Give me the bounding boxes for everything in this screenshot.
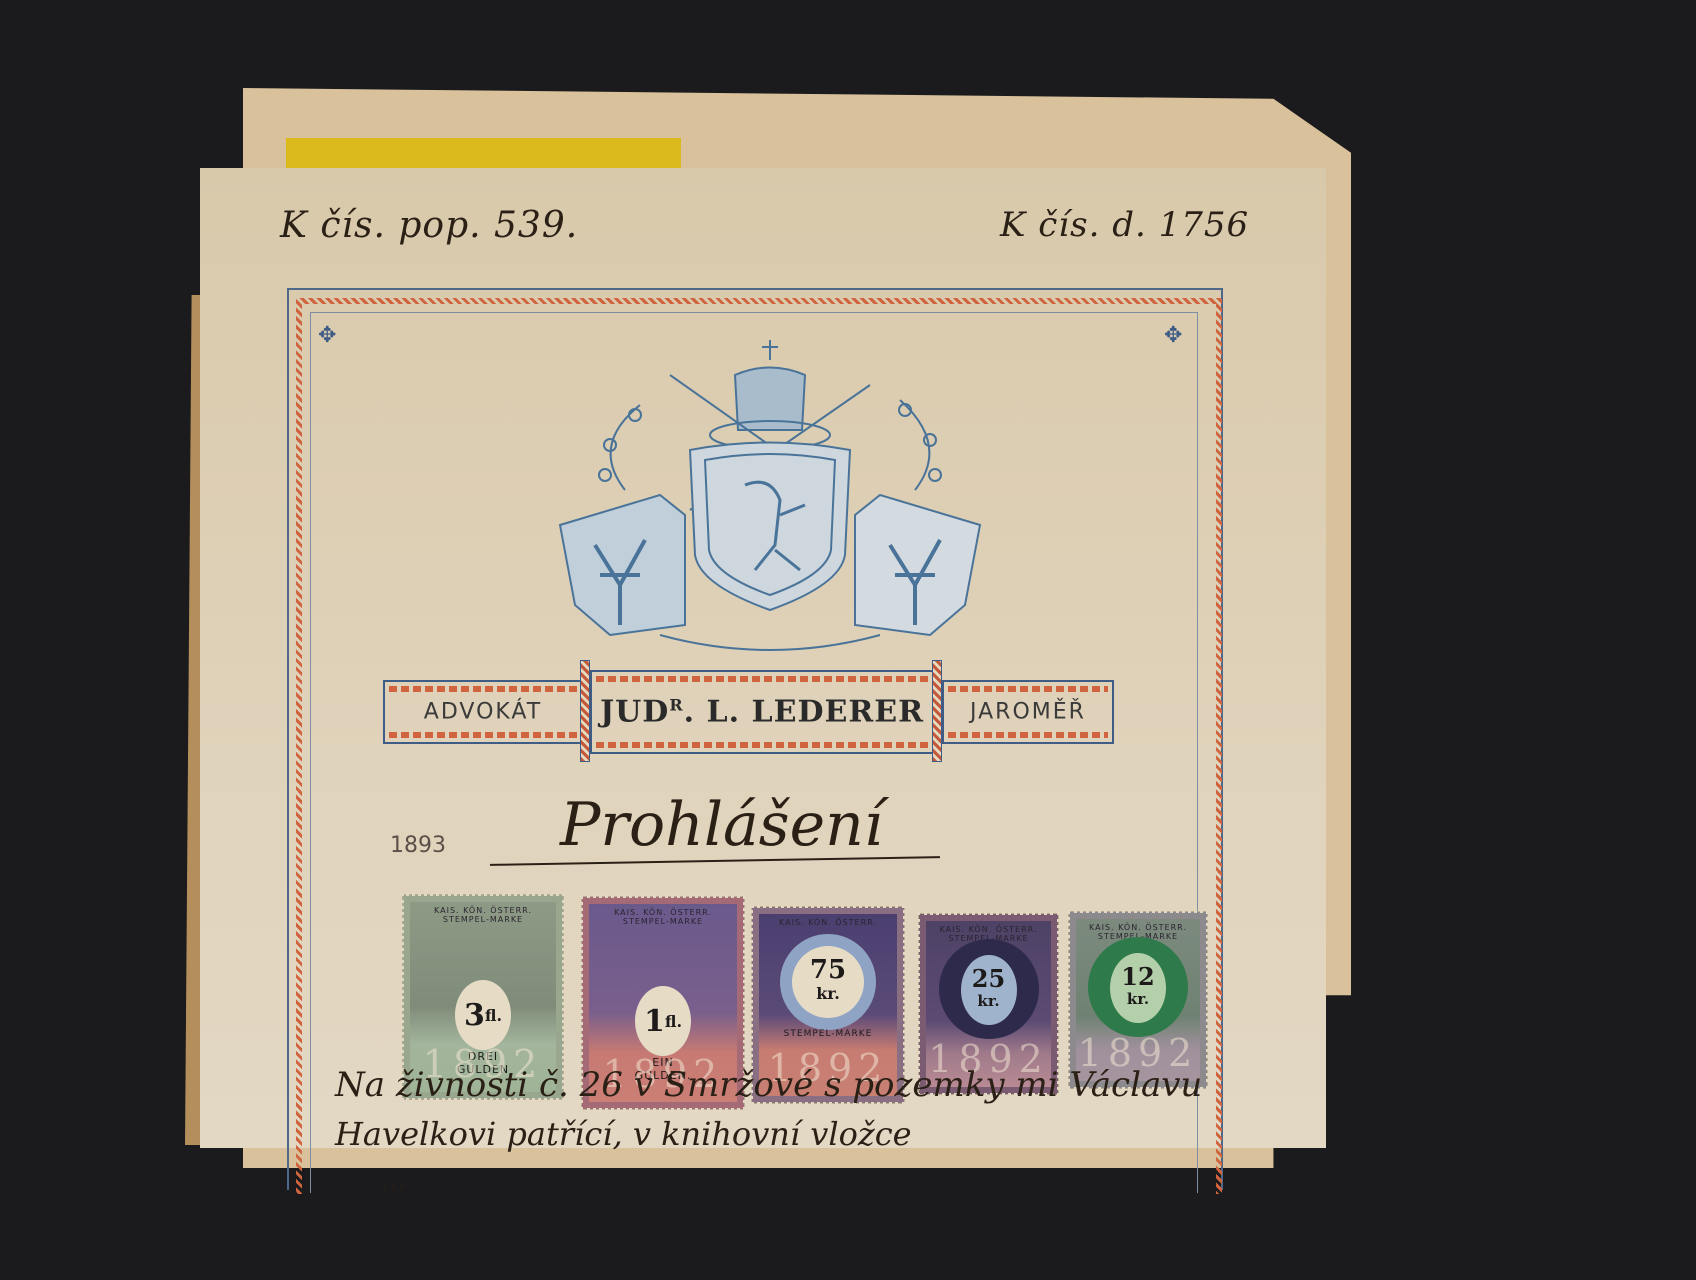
lawyer-name: JUDR. L. LEDERER <box>592 695 932 730</box>
banner-pole-left <box>580 660 590 762</box>
margin-year-note: 1893 <box>390 833 446 858</box>
advokat-label: ADVOKÁT <box>385 700 581 725</box>
letterhead-name-panel: JUDR. L. LEDERER <box>590 670 934 754</box>
letterhead-left-panel: ADVOKÁT <box>383 680 583 744</box>
city-label: JAROMĚŘ <box>944 700 1112 725</box>
banner-pole-right <box>932 660 942 762</box>
reference-number-left: K čís. pop. 539. <box>280 205 578 246</box>
letterhead-right-panel: JAROMĚŘ <box>942 680 1114 744</box>
handwritten-line-1: Na živnosti č. 26 v Smržové s pozemky mi… <box>335 1065 1202 1105</box>
corner-ornament-icon: ✥ <box>1164 322 1182 348</box>
coat-of-arms-crest-icon <box>540 335 1000 665</box>
handwritten-line-2: Havelkovi patřící, v knihovní vložce <box>335 1115 912 1153</box>
reference-number-right: K čís. d. 1756 <box>1000 205 1249 245</box>
corner-ornament-icon: ✥ <box>318 322 336 348</box>
revenue-stamp-12-kreuzer: KAIS. KÖN. ÖSTERR. STEMPEL-MARKE 12kr. 1… <box>1068 911 1208 1089</box>
document-title: Prohlášení <box>560 790 883 860</box>
yellow-tab <box>286 138 681 170</box>
handwritten-line-3: ... <box>380 1162 407 1195</box>
